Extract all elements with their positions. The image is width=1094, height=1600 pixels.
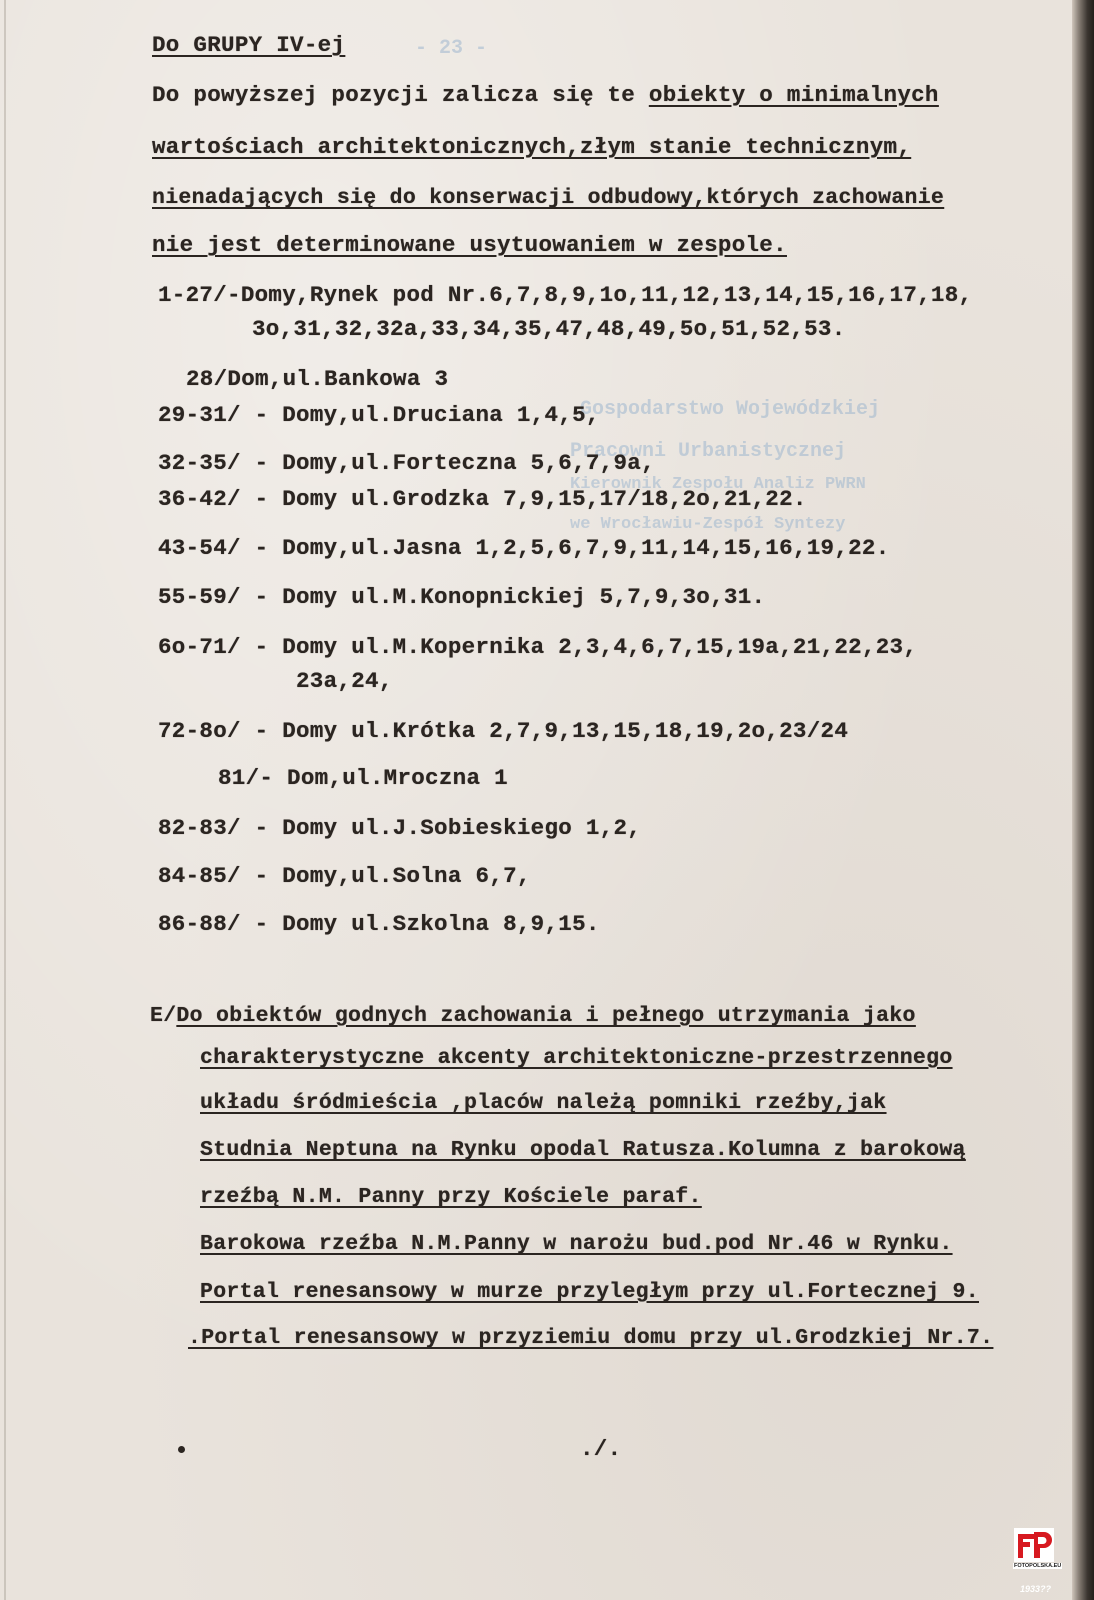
list-item: 29-31/ - Domy,ul.Druciana 1,4,5, [158, 402, 600, 428]
watermark-site: FOTOPOLSKA.EU [1013, 1563, 1062, 1569]
bleed-stamp-line-1: Gospodarstwo Wojewódzkiej [580, 395, 880, 424]
intro-line-1: Do powyższej pozycji zalicza się te obie… [152, 82, 939, 108]
list-item: 72-8o/ - Domy ul.Krótka 2,7,9,13,15,18,1… [158, 718, 848, 744]
section-heading: Do GRUPY IV-ej [152, 32, 345, 58]
item-range: 82-83/ - [158, 815, 268, 841]
list-item: 28/Dom,ul.Bankowa 3 [186, 366, 448, 392]
item-text: Domy,ul.Solna 6,7, [282, 863, 530, 889]
section-e-line-4: Studnia Neptuna na Rynku opodal Ratusza.… [200, 1138, 966, 1162]
item-text: Domy ul.Grodzka 7,9,15,17/18,2o,21,22. [282, 486, 806, 512]
list-item: 1-27/-Domy,Rynek pod Nr.6,7,8,9,1o,11,12… [158, 282, 972, 308]
intro-line-2: wartościach architektonicznych,złym stan… [152, 134, 911, 160]
item-range: 28/ [186, 366, 227, 392]
item-text: Domy ul.Szkolna 8,9,15. [282, 911, 599, 937]
item-range: 43-54/ - [158, 535, 268, 561]
list-item: 84-85/ - Domy,ul.Solna 6,7, [158, 863, 531, 889]
item-range: 55-59/ - [158, 584, 268, 610]
item-range: 1-27/- [158, 282, 241, 308]
list-item: 86-88/ - Domy ul.Szkolna 8,9,15. [158, 911, 600, 937]
item-text: Domy ul.J.Sobieskiego 1,2, [282, 815, 641, 841]
item-range: 29-31/ - [158, 402, 268, 428]
item-range: 86-88/ - [158, 911, 268, 937]
item-text: Domy,Rynek pod Nr.6,7,8,9,1o,11,12,13,14… [241, 282, 973, 308]
section-e-marker: E/ [150, 1004, 176, 1028]
list-item: 36-42/ - Domy ul.Grodzka 7,9,15,17/18,2o… [158, 486, 807, 512]
section-e-text: Do obiektów godnych zachowania i pełnego… [176, 1004, 915, 1028]
section-e-line-8: .Portal renesansowy w przyziemiu domu pr… [188, 1326, 993, 1350]
item-range: 6o-71/ - [158, 634, 268, 660]
item-text: Domy ul.M.Kopernika 2,3,4,6,7,15,19a,21,… [282, 634, 917, 660]
item-range: 72-8o/ - [158, 718, 268, 744]
watermark-id: 1933?? [1020, 1584, 1051, 1594]
list-item: 32-35/ - Domy,ul.Forteczna 5,6,7,9a, [158, 450, 655, 476]
item-text: Domy ul.Krótka 2,7,9,13,15,18,19,2o,23/2… [282, 718, 848, 744]
ink-dot [178, 1446, 185, 1453]
intro-line-3: nienadających się do konserwacji odbudow… [152, 186, 944, 210]
item-text: Dom,ul.Bankowa 3 [227, 366, 448, 392]
list-item-continuation: 23a,24, [296, 668, 393, 694]
section-e-line-1: E/Do obiektów godnych zachowania i pełne… [150, 1004, 916, 1028]
list-item: 55-59/ - Domy ul.M.Konopnickiej 5,7,9,3o… [158, 584, 765, 610]
item-text: Dom,ul.Mroczna 1 [287, 765, 508, 791]
item-text: Domy ul.M.Konopnickiej 5,7,9,3o,31. [282, 584, 765, 610]
list-item: 82-83/ - Domy ul.J.Sobieskiego 1,2, [158, 815, 641, 841]
section-e-line-7: Portal renesansowy w murze przyległym pr… [200, 1280, 979, 1304]
section-e-line-2: charakterystyczne akcenty architektonicz… [200, 1046, 953, 1070]
section-e-line-6: Barokowa rzeźba N.M.Panny w narożu bud.p… [200, 1232, 953, 1256]
intro-plain: Do powyższej pozycji zalicza się te [152, 82, 649, 108]
intro-line-4: nie jest determinowane usytuowaniem w ze… [152, 232, 787, 258]
section-e-line-5: rzeźbą N.M. Panny przy Kościele paraf. [200, 1185, 702, 1209]
item-text: Domy,ul.Druciana 1,4,5, [282, 402, 599, 428]
item-range: 84-85/ - [158, 863, 268, 889]
item-text: Domy,ul.Jasna 1,2,5,6,7,9,11,14,15,16,19… [282, 535, 889, 561]
section-e-line-3: układu śródmieścia ,placów należą pomnik… [200, 1091, 887, 1115]
item-range: 32-35/ - [158, 450, 268, 476]
item-range: 81/- [218, 765, 273, 791]
continuation-mark: ./. [580, 1436, 621, 1462]
list-item: 6o-71/ - Domy ul.M.Kopernika 2,3,4,6,7,1… [158, 634, 917, 660]
document-page: - 23 - Gospodarstwo Wojewódzkiej Pracown… [0, 0, 1074, 1600]
intro-underlined: obiekty o minimalnych [649, 82, 939, 108]
item-text: Domy,ul.Forteczna 5,6,7,9a, [282, 450, 655, 476]
list-item: 81/- Dom,ul.Mroczna 1 [218, 765, 508, 791]
list-item-continuation: 3o,31,32,32a,33,34,35,47,48,49,5o,51,52,… [252, 316, 846, 342]
item-range: 36-42/ - [158, 486, 268, 512]
fotopolska-logo-icon [1014, 1528, 1054, 1562]
list-item: 43-54/ - Domy,ul.Jasna 1,2,5,6,7,9,11,14… [158, 535, 890, 561]
scan-edge [1072, 0, 1094, 1600]
bleed-page-number: - 23 - [415, 34, 487, 63]
